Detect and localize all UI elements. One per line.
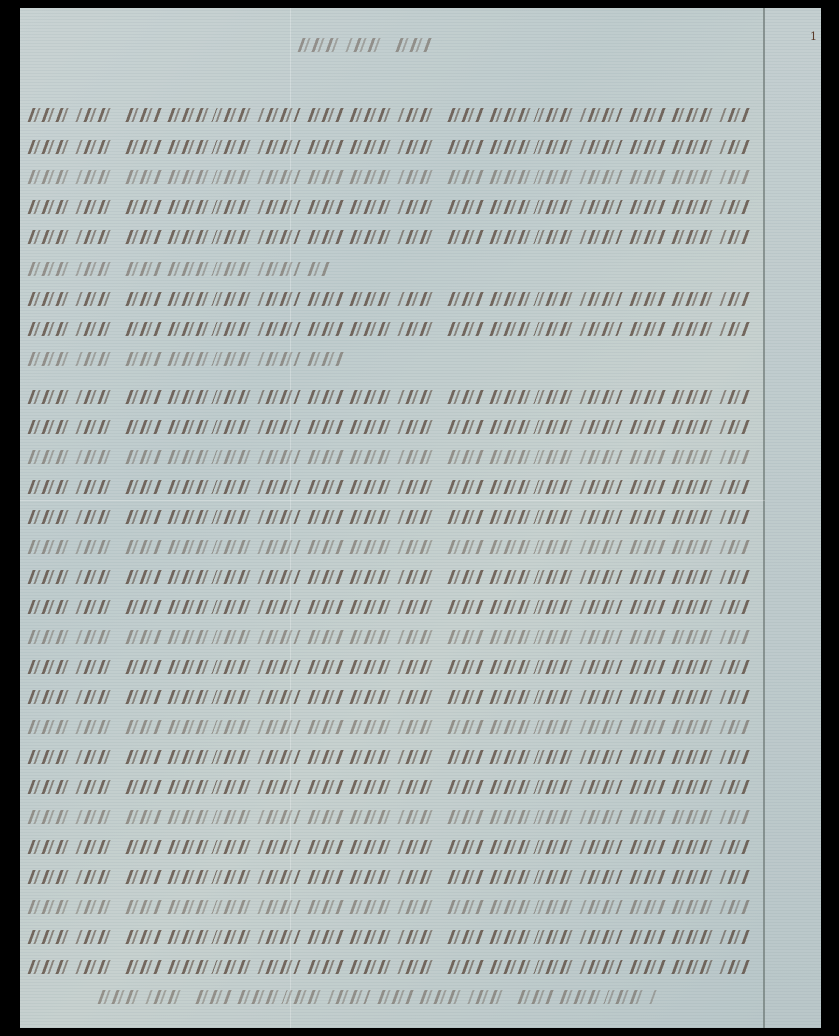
handwritten-line [27,140,752,154]
handwritten-line [27,292,752,306]
handwritten-line [27,262,332,276]
handwritten-line [27,480,752,494]
handwritten-line [97,990,662,1004]
handwritten-line [27,570,752,584]
handwritten-line [27,170,752,184]
handwritten-line [27,960,752,974]
page-number: 1 [810,30,817,43]
dateline-ink [297,38,442,52]
handwritten-line [27,870,752,884]
handwritten-line [27,930,752,944]
handwritten-line [27,900,752,914]
handwritten-line [27,540,752,554]
adjacent-page-edge [765,8,821,1028]
handwritten-line [27,510,752,524]
handwritten-line [27,810,752,824]
handwritten-line [27,720,752,734]
handwritten-line [27,750,752,764]
handwritten-line [27,450,752,464]
handwritten-line [27,230,752,244]
handwritten-line [27,420,752,434]
handwritten-line [27,840,752,854]
handwritten-line [27,660,752,674]
handwritten-line [27,600,752,614]
handwritten-line [27,322,752,336]
dateline [300,30,440,60]
handwritten-line [27,352,352,366]
paper-crease-horizontal [20,500,765,501]
handwritten-line [27,108,752,122]
handwritten-line [27,200,752,214]
handwritten-line [27,780,752,794]
handwritten-line [27,390,752,404]
handwritten-line [27,630,752,644]
handwritten-line [27,690,752,704]
